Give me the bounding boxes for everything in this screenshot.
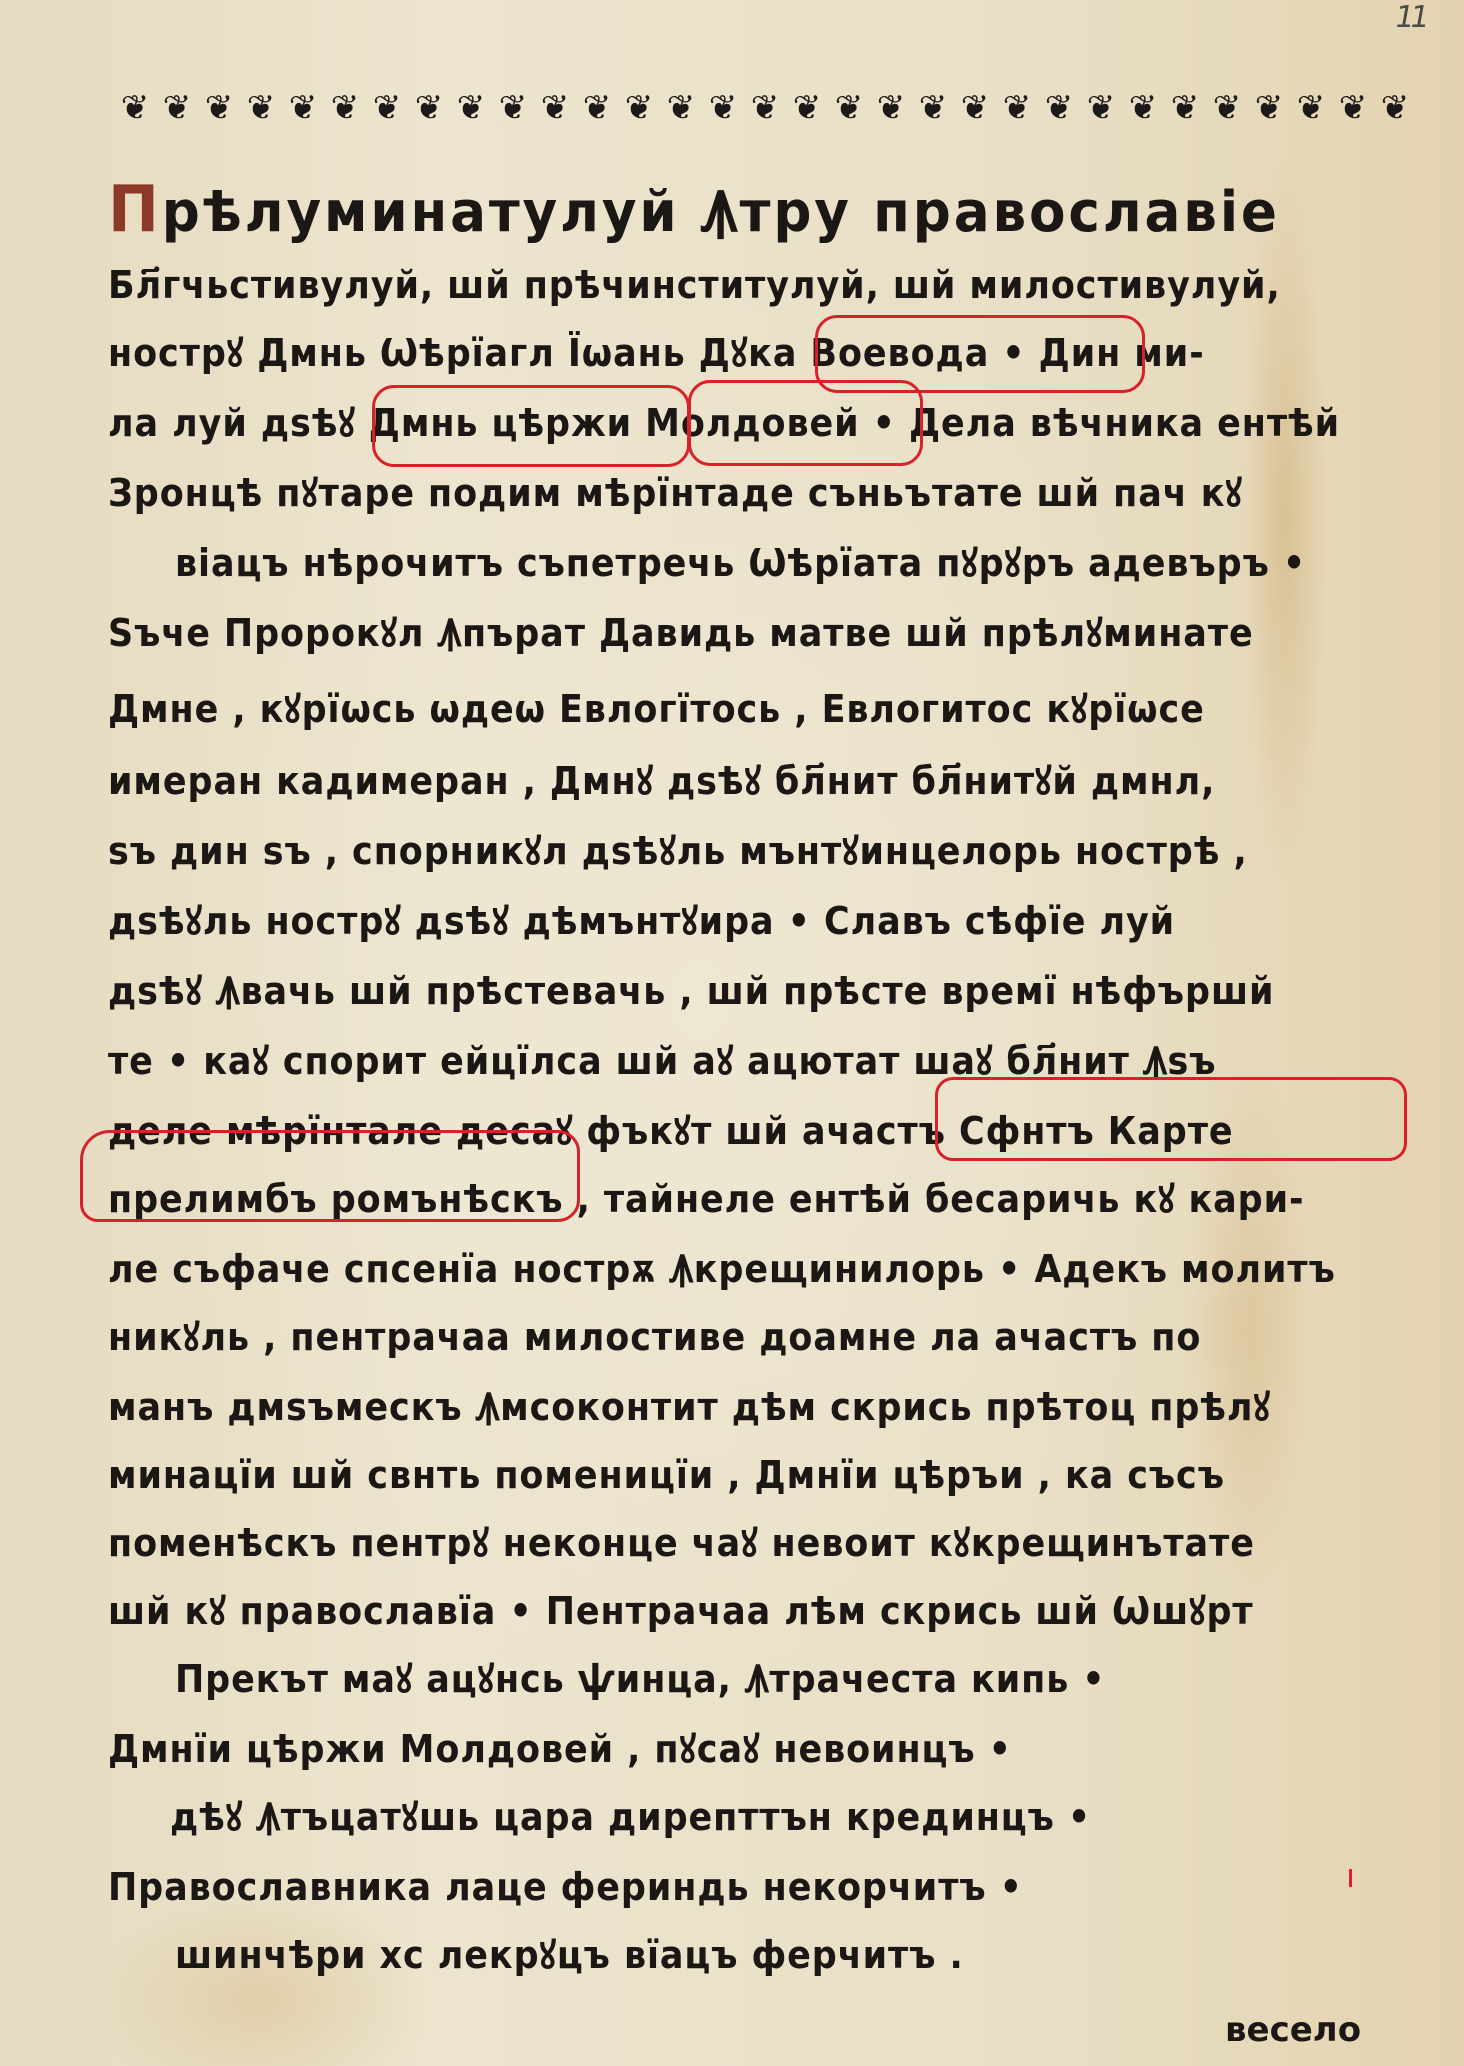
text-line: Бл҃гчьстивулуй, шй прѣчинститулуй, шй ми… [108, 266, 1281, 304]
text-line: Зронцѣ пꙋтаре подим мѣрїнтаде съньътате … [108, 474, 1243, 512]
floral-ornament-icon: ❦ [829, 91, 869, 125]
floral-ornament-icon: ❦ [283, 91, 323, 125]
floral-ornament-icon: ❦ [1039, 91, 1079, 125]
floral-ornament-icon: ❦ [535, 91, 575, 125]
text-line: ла луй дѕѣꙋ Дмнь цѣржи Молдовей • Дела в… [108, 404, 1340, 442]
text-line: дѕѣꙋль нострꙋ дѕѣꙋ дѣмънтꙋира • Славъ сѣ… [108, 902, 1175, 940]
page-title: Прѣлуминатулуй Ꙟтру православіе [108, 178, 1280, 242]
floral-ornament-icon: ❦ [661, 91, 701, 125]
floral-ornament-icon: ❦ [1291, 91, 1331, 125]
floral-ornament-icon: ❦ [1123, 91, 1163, 125]
floral-ornament-icon: ❦ [493, 91, 533, 125]
floral-ornament-icon: ❦ [913, 91, 953, 125]
floral-ornament-icon: ❦ [577, 91, 617, 125]
floral-ornament-icon: ❦ [1165, 91, 1205, 125]
text-line: минацїи шй свнть поменицїи , Дмнїи цѣръи… [108, 1456, 1225, 1494]
text-line: прелимбъ ромънѣскъ , тайнеле ентѣй бесар… [108, 1180, 1304, 1218]
floral-ornament-icon: ❦ [1207, 91, 1247, 125]
floral-ornament-icon: ❦ [199, 91, 239, 125]
title-text: рѣлуминатулуй Ꙟтру православіе [162, 180, 1280, 245]
floral-ornament-icon: ❦ [1333, 91, 1373, 125]
floral-ornament-icon: ❦ [241, 91, 281, 125]
text-line: ѕъ дин ѕъ , спорникꙋл дѕѣꙋль мънтꙋинцело… [108, 832, 1248, 870]
text-line: имеран кадимеран , Дмнꙋ дѕѣꙋ бл҃нит бл҃н… [108, 762, 1215, 800]
text-line: те • каꙋ спорит ейцїлса шй аꙋ ацютат шаꙋ… [108, 1042, 1216, 1080]
floral-ornament-icon: ❦ [787, 91, 827, 125]
ornament-band: ❦❦❦❦❦❦❦❦❦❦❦❦❦❦❦❦❦❦❦❦❦❦❦❦❦❦❦❦❦❦❦ [115, 85, 1415, 131]
text-line: шинчѣри хс лекрꙋцъ вїацъ ферчитъ . [175, 1936, 964, 1974]
text-line: никꙋль , пентрачаа милостиве доамне ла а… [108, 1318, 1201, 1356]
floral-ornament-icon: ❦ [409, 91, 449, 125]
floral-ornament-icon: ❦ [997, 91, 1037, 125]
text-line: нострꙋ Дмнь Ѡѣрїагл Їѡань Дꙋка Воевода •… [108, 334, 1205, 372]
text-line: дѕѣꙋ Ꙟвачь шй прѣстевачь , шй прѣсте вре… [108, 972, 1274, 1010]
manuscript-page: 11 ❦❦❦❦❦❦❦❦❦❦❦❦❦❦❦❦❦❦❦❦❦❦❦❦❦❦❦❦❦❦❦ Прѣлу… [0, 0, 1464, 2066]
floral-ornament-icon: ❦ [745, 91, 785, 125]
floral-ornament-icon: ❦ [871, 91, 911, 125]
text-line: дѣꙋ Ꙟтъцатꙋшь цара дирепттън крединцъ • [170, 1798, 1091, 1836]
red-initial-letter: П [108, 173, 162, 247]
folio-number: 11 [1392, 0, 1428, 35]
text-line: ле съфаче спсенїа нострѫ Ꙟкрещинилорь • … [108, 1250, 1336, 1288]
text-line: поменѣскъ пентрꙋ неконце чаꙋ невоит кꙋкр… [108, 1524, 1255, 1562]
floral-ornament-icon: ❦ [955, 91, 995, 125]
text-line: Дмне , кꙋрїѡсь ѡдеѡ Евлогїтось , Евлогит… [108, 690, 1205, 728]
text-line: Православника лаце фериндь некорчитъ • [108, 1868, 1023, 1906]
floral-ornament-icon: ❦ [619, 91, 659, 125]
floral-ornament-icon: ❦ [1081, 91, 1121, 125]
text-line: Ѕъче Пророкꙋл Ꙟпърат Давидь матве шй прѣ… [108, 614, 1254, 652]
floral-ornament-icon: ❦ [325, 91, 365, 125]
floral-ornament-icon: ❦ [157, 91, 197, 125]
floral-ornament-icon: ❦ [1375, 91, 1415, 125]
text-line: деле мѣрїнтале десаꙋ фъкꙋт шй ачастъ Сфн… [108, 1112, 1234, 1150]
floral-ornament-icon: ❦ [367, 91, 407, 125]
text-line: шй кꙋ православїа • Пентрачаа лѣм скрись… [108, 1592, 1254, 1630]
floral-ornament-icon: ❦ [451, 91, 491, 125]
floral-ornament-icon: ❦ [703, 91, 743, 125]
text-line: манъ дмѕъмескъ Ꙟмсоконтит дѣм скрись прѣ… [108, 1388, 1271, 1426]
text-line: віацъ нѣрочитъ съпетречь Ѡѣрїата пꙋрꙋръ … [175, 544, 1306, 582]
catchword: весело [1225, 2010, 1361, 2050]
floral-ornament-icon: ❦ [1249, 91, 1289, 125]
red-mark [1349, 1869, 1352, 1887]
text-line: Дмнїи цѣржи Молдовей , пꙋсаꙋ невоинцъ • [108, 1730, 1012, 1768]
text-line: Прекът маꙋ ацꙋнсь ѱинца, Ꙟтрачеста кипь … [175, 1660, 1106, 1698]
floral-ornament-icon: ❦ [115, 91, 155, 125]
